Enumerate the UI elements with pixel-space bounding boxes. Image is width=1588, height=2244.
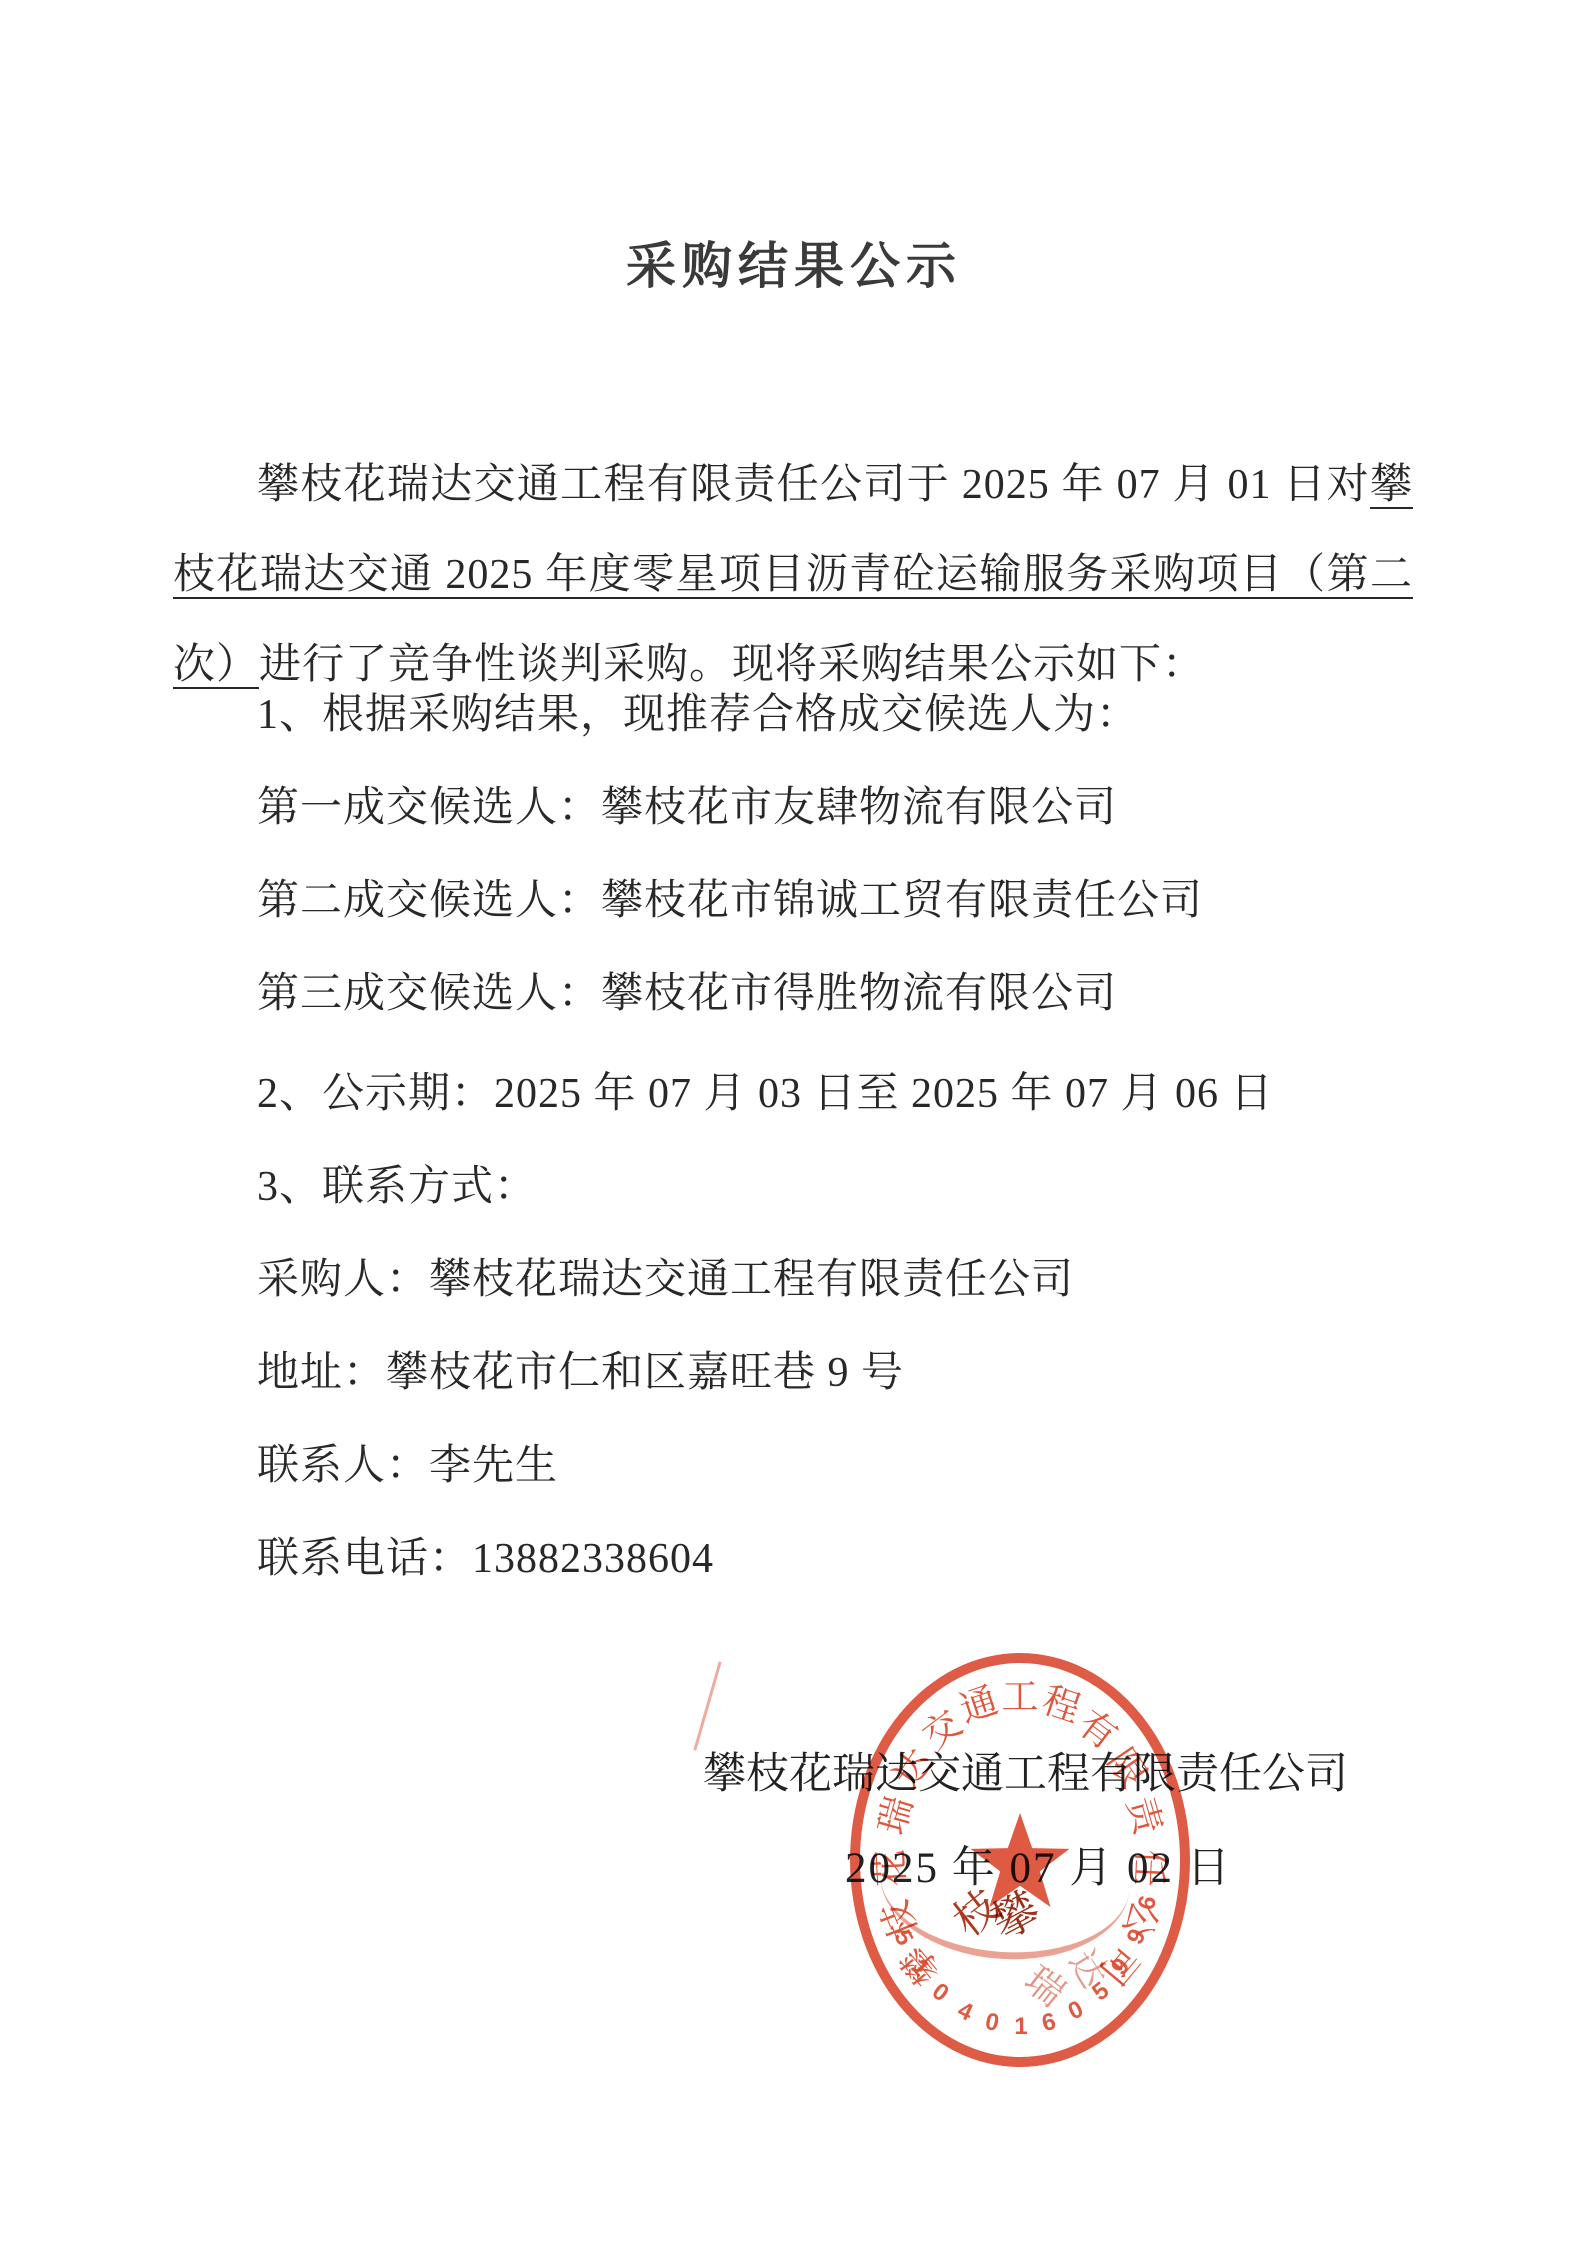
intro-paragraph: 攀枝花瑞达交通工程有限责任公司于 2025 年 07 月 01 日对攀枝花瑞达交… bbox=[173, 440, 1413, 710]
seal-code-digit: 0 bbox=[925, 1977, 955, 2009]
seal-artifact-stroke bbox=[693, 1661, 721, 1750]
seal-rim-char: 司 bbox=[1091, 1937, 1145, 1991]
seal-code-digit: 5 bbox=[888, 1924, 919, 1952]
item-publicity-period: 2、公示期：2025 年 07 月 03 日至 2025 年 07 月 06 日 bbox=[173, 1060, 1473, 1120]
item-contact-heading: 3、联系方式： bbox=[173, 1153, 1473, 1213]
seal-rim-char: 通 bbox=[955, 1682, 1003, 1730]
item-candidate-2: 第二成交候选人：攀枝花市锦诚工贸有限责任公司 bbox=[173, 867, 1473, 927]
item-candidate-3: 第三成交候选人：攀枝花市得胜物流有限公司 bbox=[173, 960, 1473, 1020]
seal-code-digit: 6 bbox=[1037, 2008, 1060, 2037]
document-page: 采购结果公示 攀枝花瑞达交通工程有限责任公司于 2025 年 07 月 01 日… bbox=[0, 0, 1588, 2244]
seal-code-digit: 0 bbox=[981, 2009, 1004, 2038]
seal-artifact-char: 瑞 bbox=[1015, 1950, 1079, 2017]
seal-code-digit: 4 bbox=[951, 1996, 978, 2027]
seal-code-digit: 1 bbox=[904, 1953, 935, 1984]
seal-rim-char: 枝 bbox=[876, 1895, 925, 1944]
item-candidate-1: 第一成交候选人：攀枝花市友肆物流有限公司 bbox=[173, 774, 1473, 834]
item-address: 地址：攀枝花市仁和区嘉旺巷 9 号 bbox=[173, 1339, 1473, 1399]
signature-company: 攀枝花瑞达交通工程有限责任公司 bbox=[703, 1740, 1348, 1801]
seal-code-digit: 9 bbox=[1121, 1923, 1152, 1951]
seal-code-digit: 5 bbox=[1086, 1976, 1116, 2008]
seal-code-digit: 1 bbox=[1012, 2014, 1030, 2040]
seal-rim-char: 程 bbox=[1037, 1682, 1085, 1730]
seal-rim-char: 攀 bbox=[895, 1937, 949, 1991]
item-purchaser: 采购人：攀枝花瑞达交通工程有限责任公司 bbox=[173, 1246, 1473, 1306]
seal-rim-char: 公 bbox=[1115, 1895, 1164, 1944]
page-title: 采购结果公示 bbox=[0, 226, 1588, 298]
seal-rim-char: 工 bbox=[1001, 1679, 1039, 1717]
seal-code-digit: 9 bbox=[1106, 1952, 1137, 1982]
seal-artifact-char: 达 bbox=[1059, 1939, 1121, 1997]
item-contact-phone: 联系电话：13882338604 bbox=[173, 1525, 1473, 1585]
signature-date: 2025 年 07 月 02 日 bbox=[845, 1834, 1232, 1895]
item-recommend-heading: 1、根据采购结果，现推荐合格成交候选人为： bbox=[173, 681, 1473, 741]
seal-code-digit: 0 bbox=[1062, 1996, 1089, 2027]
intro-text-pre: 攀枝花瑞达交通工程有限责任公司于 2025 年 07 月 01 日对 bbox=[257, 462, 1370, 508]
item-contact-person: 联系人：李先生 bbox=[173, 1432, 1473, 1492]
